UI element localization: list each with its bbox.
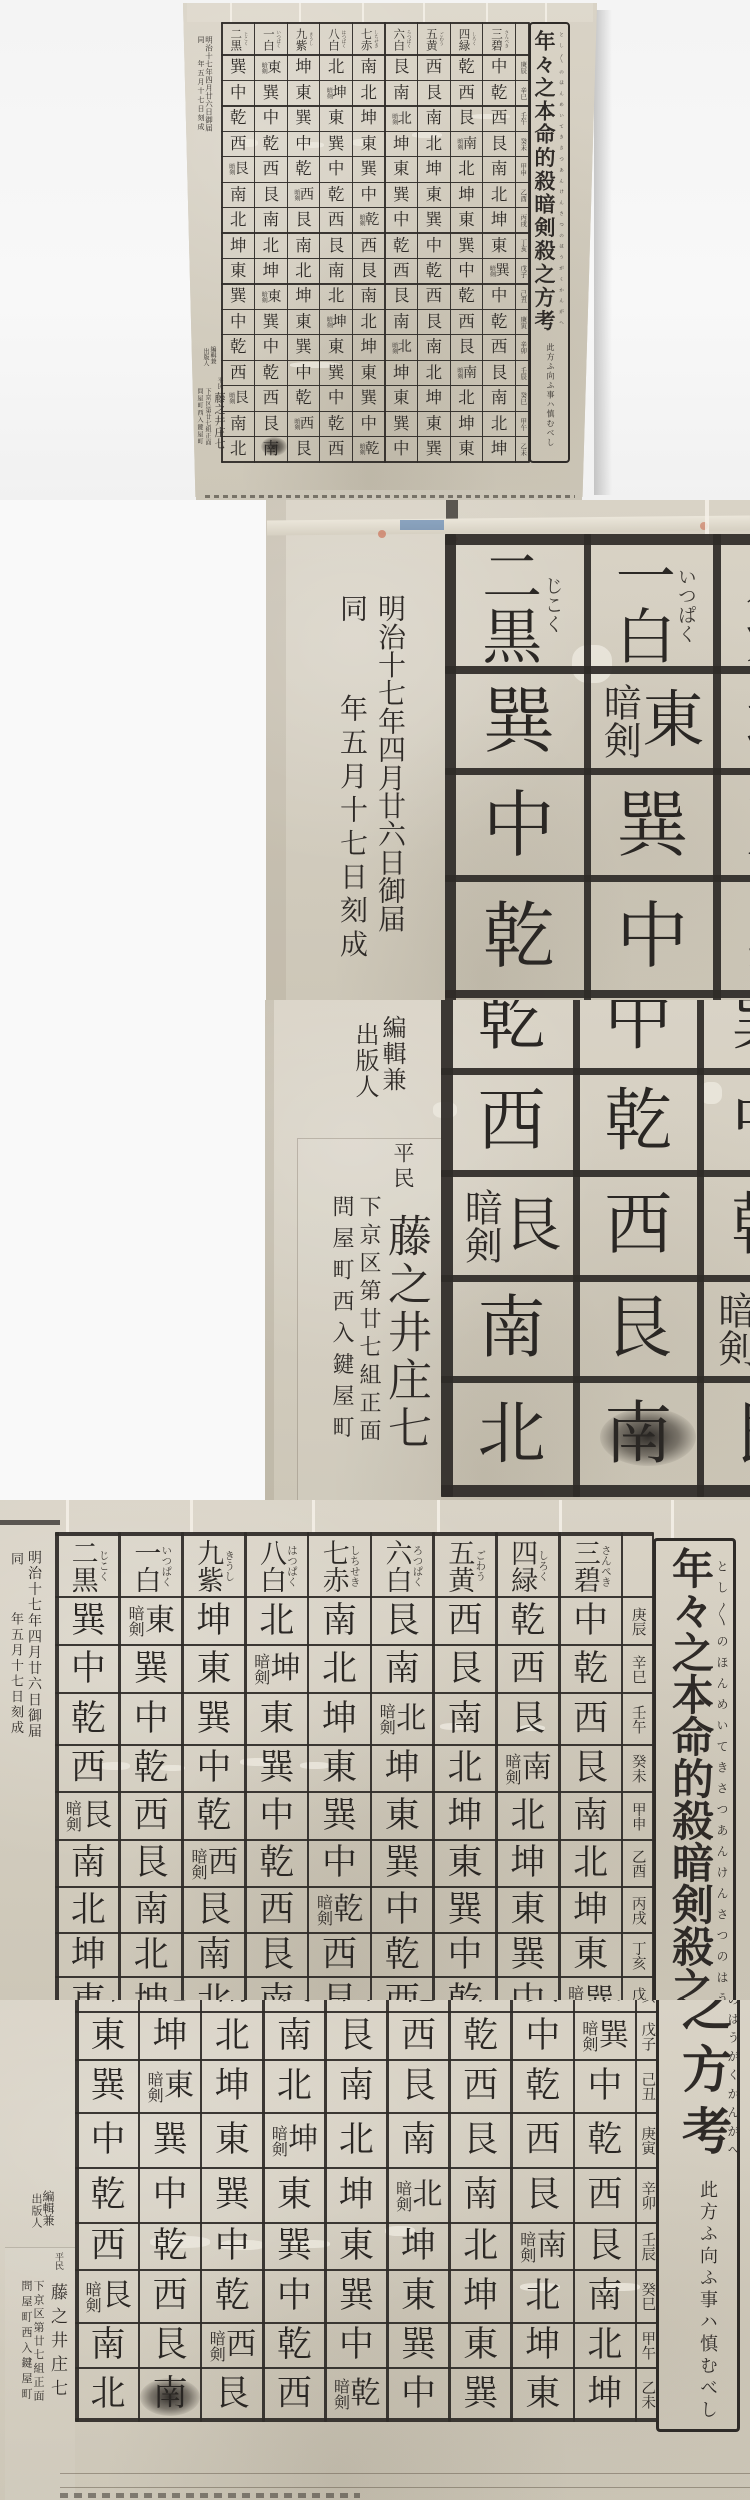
table-cell: 乾: [263, 2323, 325, 2368]
direction-char: 北: [491, 416, 508, 433]
direction-char: 南: [604, 1401, 672, 1469]
table-cell: 中: [139, 2168, 201, 2223]
direction-char: 西: [573, 1702, 608, 1737]
table-cell: 乾: [496, 1597, 559, 1645]
direction-char: 北: [477, 1401, 545, 1469]
table-cell: 巽: [388, 2323, 450, 2368]
table-cell: 巽: [717, 879, 750, 995]
table-cell: 坤: [308, 1693, 371, 1745]
table-cell: 西: [222, 131, 255, 156]
table-cell: 南: [371, 1645, 434, 1693]
year-label: 戊子: [640, 2022, 655, 2051]
direction-char: 巽: [295, 339, 312, 356]
direction-char: 艮: [295, 212, 312, 229]
table-cell: 坤: [512, 2323, 574, 2368]
table-cell: 艮: [201, 2368, 263, 2420]
direction-char: 北: [463, 2229, 498, 2264]
table-cell: 北: [512, 2270, 574, 2323]
star-header: 七赤しちせき: [352, 23, 385, 55]
direction-char: 北: [328, 288, 345, 305]
direction-char: 西: [91, 2229, 126, 2264]
year-label-cell: 庚寅: [515, 309, 529, 334]
table-cell: 東: [222, 259, 255, 284]
direction-char: 乾: [295, 161, 312, 178]
direction-char: 北: [91, 2377, 126, 2412]
direction-char: 南: [230, 416, 247, 433]
direction-char: 西: [426, 59, 443, 76]
direction-char: 巽: [599, 2021, 629, 2051]
star-header: 四緑しろく: [496, 1534, 559, 1597]
direction-char: 巽: [153, 2123, 188, 2158]
table-cell: 乾: [201, 2270, 263, 2323]
table-cell: 中: [287, 131, 320, 156]
photo-sheet-bottom-half: 年々之本命的殺暗剣殺之方考 とし〳〵のほんめいてきさつあんけんさつのはうがくかん…: [0, 2000, 750, 2500]
photo-full-sheet: 年々之本命的殺暗剣殺之方考 とし〳〵のほんめいてきさつあんけんさつのはうがくかん…: [0, 0, 750, 500]
direction-char: 中: [525, 2019, 560, 2054]
table-cell: 東: [245, 1693, 308, 1745]
direction-char: 西: [328, 212, 345, 229]
direction-char: 北: [230, 212, 247, 229]
photo-sheet-top-half: 年々之本命的殺暗剣殺之方考 とし〳〵のほんめいてきさつあんけんさつのはうがくかん…: [0, 1500, 750, 2000]
table-cell: 乾: [385, 233, 418, 258]
table-cell: 南: [325, 2060, 387, 2113]
direction-char: 北: [398, 340, 412, 354]
direction-char: 北: [491, 187, 508, 204]
table-cell: 巽: [183, 1693, 246, 1745]
year-label-cell: 戊子: [515, 259, 529, 284]
table-cell: 艮: [496, 1693, 559, 1745]
table-cell: 乾: [388, 2000, 450, 2012]
direction-char: 巽: [339, 2279, 374, 2314]
direction-char: 南: [463, 137, 477, 151]
star-furigana: じこく: [543, 576, 562, 633]
table-cell-ankensatsu: 暗剣南: [512, 2223, 574, 2270]
direction-char: 北: [215, 2019, 250, 2054]
direction-char: 南: [153, 2377, 188, 2412]
year-label: 乙未: [519, 443, 525, 456]
anken-label: 暗剣: [489, 265, 495, 277]
table-cell: 東: [320, 335, 353, 360]
table-cell: 南: [120, 1887, 183, 1933]
table-cell: 北: [574, 2323, 636, 2368]
star-name: 四緑: [458, 28, 470, 51]
direction-char: 坤: [573, 1893, 608, 1928]
table-cell: 巽: [287, 106, 320, 131]
table-cell-ankensatsu: 暗剣艮: [77, 2270, 139, 2323]
direction-char: 艮: [510, 1702, 545, 1737]
table-cell: 乾: [483, 80, 516, 105]
anken-label: 暗剣: [715, 1291, 750, 1367]
direction-char: 西: [230, 365, 247, 382]
direction-char: 坤: [332, 86, 346, 100]
direction-char: 南: [491, 161, 508, 178]
table-cell: 北: [77, 2368, 139, 2420]
table-cell: 艮: [245, 1933, 308, 1977]
direction-char: 巽: [510, 1938, 545, 1973]
star-header: 二黒じこく: [57, 1534, 120, 1597]
direction-char: 中: [295, 136, 312, 153]
direction-char: 艮: [235, 162, 249, 176]
direction-char: 中: [196, 1751, 231, 1786]
year-label-cell: 壬辰: [636, 2223, 658, 2270]
star-name: 九紫: [739, 545, 750, 665]
anken-label: 暗剣: [260, 62, 266, 74]
table-cell: 艮: [325, 2012, 387, 2060]
table-cell: 東: [201, 2113, 263, 2168]
year-label: 丁亥: [519, 239, 525, 252]
table-cell: 巽: [434, 1887, 497, 1933]
table-cell: 乾: [450, 2012, 512, 2060]
year-label: 乙未: [640, 2380, 655, 2409]
direction-char: 東: [71, 1984, 106, 2001]
table-cell: 中: [418, 233, 451, 258]
direction-table: 二黒じこく一白いつぱく九紫きうし八白はつぱく七赤しちせき六白ろつぱく五黄ごわう四…: [0, 1500, 750, 2000]
direction-char: 南: [91, 2328, 126, 2363]
table-cell: 南: [434, 1693, 497, 1745]
table-cell: 坤: [287, 55, 320, 80]
year-label: 壬午: [519, 112, 525, 125]
table-cell: 東: [352, 360, 385, 385]
table-cell: 坤: [222, 233, 255, 258]
direction-char: 北: [525, 2279, 560, 2314]
star-name: 九紫: [194, 1539, 222, 1593]
table-cell: 乾: [287, 386, 320, 411]
direction-char: 乾: [365, 213, 379, 227]
direction-char: 西: [153, 2279, 188, 2314]
direction-char: 南: [573, 1799, 608, 1834]
direction-char: 東: [491, 238, 508, 255]
anken-label: 暗剣: [316, 1894, 332, 1926]
table-cell: 東: [287, 309, 320, 334]
table-cell: 西: [139, 2270, 201, 2323]
direction-char: 東: [745, 789, 750, 861]
direction-char: 艮: [503, 1196, 561, 1254]
table-cell: 艮: [352, 259, 385, 284]
direction-char: 西: [230, 136, 247, 153]
star-furigana: ろつぱく: [412, 1545, 423, 1587]
table-cell: 西: [388, 2012, 450, 2060]
direction-char: 艮: [448, 1652, 483, 1687]
direction-char: 南: [215, 2000, 250, 2006]
year-label: 辛卯: [519, 341, 525, 354]
year-label-cell: 辛巳: [515, 80, 529, 105]
year-label: 丙戌: [519, 214, 525, 227]
direction-char: 中: [458, 263, 475, 280]
table-cell: 巽: [320, 360, 353, 385]
direction-char: 北: [448, 1751, 483, 1786]
direction-char: 東: [587, 2000, 622, 2006]
direction-char: 坤: [385, 1751, 420, 1786]
year-label-cell: 壬午: [515, 106, 529, 131]
table-cell: 巽: [496, 1933, 559, 1977]
table-cell: 北: [255, 233, 288, 258]
table-cell: 北: [418, 360, 451, 385]
table-cell: 南: [139, 2368, 201, 2420]
direction-char: 南: [196, 1938, 231, 1973]
anken-label: 暗剣: [391, 113, 397, 125]
table-cell: 中: [385, 208, 418, 233]
table-cell: 東: [717, 772, 750, 879]
direction-char: 坤: [288, 2125, 318, 2155]
direction-char: 艮: [215, 2377, 250, 2412]
star-name: 八白: [256, 1539, 284, 1593]
table-cell: 艮: [371, 1597, 434, 1645]
direction-char: 西: [458, 85, 475, 102]
direction-char: 北: [587, 2328, 622, 2363]
anken-label: 暗剣: [326, 316, 332, 328]
table-cell: 東: [483, 233, 516, 258]
table-cell: 中: [222, 80, 255, 105]
direction-char: 東: [215, 2123, 250, 2158]
table-cell: 東: [77, 2012, 139, 2060]
year-label: 庚寅: [640, 2126, 655, 2155]
direction-char: 坤: [587, 2377, 622, 2412]
table-cell: 巽: [450, 670, 588, 772]
direction-char: 南: [339, 2069, 374, 2104]
table-cell: 坤: [418, 157, 451, 182]
table-cell: 北: [450, 157, 483, 182]
star-header: 九紫きうし: [183, 1534, 246, 1597]
direction-char: 艮: [401, 2069, 436, 2104]
direction-char: 東: [145, 1606, 175, 1636]
table-cell: 中: [201, 2223, 263, 2270]
table-cell: 巽: [588, 772, 718, 879]
direction-char: 北: [339, 2123, 374, 2158]
table-cell: 艮: [418, 80, 451, 105]
direction-char: 乾: [458, 288, 475, 305]
anken-label: 暗剣: [270, 2125, 286, 2157]
table-cell: 中: [385, 437, 418, 462]
direction-char: 乾: [463, 2019, 498, 2054]
anken-label: 暗剣: [567, 1985, 583, 2000]
table-cell-ankensatsu: 暗剣艮: [222, 386, 255, 411]
direction-char: 南: [426, 110, 443, 127]
direction-char: 中: [295, 365, 312, 382]
table-cell-ankensatsu: 暗剣西: [287, 411, 320, 436]
table-cell: 南: [77, 2323, 139, 2368]
direction-char: 北: [259, 1604, 294, 1639]
table-cell-ankensatsu: 暗剣南: [450, 360, 483, 385]
direction-char: 中: [401, 2377, 436, 2412]
direction-char: 北: [360, 314, 377, 331]
star-furigana: いつぱく: [275, 30, 280, 48]
star-name: 九紫: [295, 28, 307, 51]
table-cell: 坤: [57, 1933, 120, 1977]
star-header: 一白いつぱく: [588, 539, 718, 670]
direction-char: 西: [339, 2000, 374, 2006]
table-cell-ankensatsu: 暗剣艮: [222, 157, 255, 182]
direction-char: 乾: [333, 1895, 363, 1925]
table-cell-ankensatsu: 暗剣東: [139, 2060, 201, 2113]
table-cell: 東: [450, 2323, 512, 2368]
table-cell: 艮: [434, 1645, 497, 1693]
table-cell: 北: [352, 80, 385, 105]
table-cell: 北: [287, 259, 320, 284]
table-cell: 西: [559, 1693, 622, 1745]
direction-char: 艮: [426, 314, 443, 331]
star-header: 九紫きうし: [717, 539, 750, 670]
direction-char: 巽: [134, 1652, 169, 1687]
table-cell: 西: [447, 1072, 577, 1174]
year-label-cell: 丁亥: [515, 233, 529, 258]
star-header: 六白ろつぱく: [385, 23, 418, 55]
table-cell: 北: [352, 309, 385, 334]
star-name: 一白: [610, 545, 671, 665]
year-label: 癸未: [630, 1754, 645, 1783]
year-label: 甲申: [519, 163, 525, 176]
table-cell: 南: [287, 233, 320, 258]
direction-char: 東: [328, 110, 345, 127]
table-cell: 艮: [559, 1745, 622, 1792]
anken-label: 暗剣: [461, 1188, 499, 1264]
direction-char: 北: [153, 2000, 188, 2006]
direction-char: 南: [322, 1604, 357, 1639]
direction-char: 東: [448, 1846, 483, 1881]
year-label: 戊子: [630, 1987, 645, 2001]
direction-char: 北: [426, 365, 443, 382]
direction-char: 中: [277, 2279, 312, 2314]
table-cell-ankensatsu: 暗剣西: [287, 182, 320, 207]
table-cell-ankensatsu: 暗剣北: [385, 335, 418, 360]
star-name: 二黒: [476, 545, 537, 665]
direction-char: 西: [491, 339, 508, 356]
direction-char: 艮: [458, 110, 475, 127]
table-cell: 乾: [287, 157, 320, 182]
table-cell: 東: [371, 1792, 434, 1840]
table-cell: 艮: [388, 2060, 450, 2113]
table-cell: 東: [287, 80, 320, 105]
star-header: 一白いつぱく: [120, 1534, 183, 1597]
star-name: 二黒: [230, 28, 242, 51]
table-cell: 坤: [201, 2060, 263, 2113]
direction-char: 中: [393, 441, 410, 458]
table-cell: 東: [325, 2223, 387, 2270]
table-cell: 北: [450, 2223, 512, 2270]
direction-char: 中: [360, 416, 377, 433]
table-cell: 中: [222, 309, 255, 334]
direction-char: 艮: [573, 1751, 608, 1786]
table-cell: 北: [418, 131, 451, 156]
table-cell: 中: [700, 1072, 750, 1174]
direction-char: 艮: [360, 263, 377, 280]
direction-table: 坤北南艮西乾中巽東丁亥東坤北南艮西乾中暗剣巽戊子巽暗剣東坤北南艮西乾中己丑中巽東…: [0, 2000, 750, 2500]
anken-label: 暗剣: [332, 2378, 348, 2410]
table-cell: 坤: [559, 1887, 622, 1933]
direction-char: 北: [426, 136, 443, 153]
star-header: 八白はつぱく: [245, 1534, 308, 1597]
year-label-cell: 丁亥: [636, 2000, 658, 2012]
table-cell: 中: [512, 2012, 574, 2060]
star-furigana: しろく: [471, 32, 476, 46]
star-furigana: きうし: [308, 32, 313, 46]
star-header: 三碧さんぺき: [483, 23, 516, 55]
table-cell: 乾: [483, 309, 516, 334]
table-cell: 西: [450, 80, 483, 105]
direction-char: 乾: [259, 1846, 294, 1881]
year-label-cell: 乙酉: [622, 1840, 653, 1887]
direction-char: 北: [277, 2069, 312, 2104]
table-cell: 北: [201, 2012, 263, 2060]
table-cell: 巽: [371, 1840, 434, 1887]
table-cell: 乾: [183, 1792, 246, 1840]
direction-char: 坤: [153, 2019, 188, 2054]
direction-char: 南: [259, 1984, 294, 2001]
direction-char: 南: [393, 85, 410, 102]
table-cell: 西: [574, 2168, 636, 2223]
star-header: 五黄ごわう: [418, 23, 451, 55]
direction-char: 中: [573, 1604, 608, 1639]
table-cell: 艮: [287, 208, 320, 233]
table-cell: 中: [77, 2113, 139, 2168]
table-cell: 巽: [222, 284, 255, 309]
direction-char: 南: [463, 366, 477, 380]
year-label-cell: 乙未: [515, 437, 529, 462]
direction-char: 中: [426, 238, 443, 255]
table-cell: 西: [325, 2000, 387, 2012]
direction-char: 乾: [365, 442, 379, 456]
year-label: 甲申: [630, 1802, 645, 1831]
direction-char: 中: [360, 187, 377, 204]
table-cell: 艮: [450, 2113, 512, 2168]
table-cell: 中: [574, 2060, 636, 2113]
table-cell: 巽: [308, 1792, 371, 1840]
direction-char: 巽: [259, 1751, 294, 1786]
direction-char: 東: [525, 2377, 560, 2412]
table-cell: 坤: [183, 1597, 246, 1645]
anken-label: 暗剣: [519, 2231, 535, 2263]
table-cell-ankensatsu: 暗剣乾: [325, 2368, 387, 2420]
direction-char: 西: [385, 1984, 420, 2001]
year-label: 癸巳: [519, 392, 525, 405]
direction-char: 坤: [134, 1984, 169, 2001]
direction-char: 東: [267, 290, 281, 304]
direction-char: 北: [295, 263, 312, 280]
table-cell: 南: [255, 208, 288, 233]
table-cell: 坤: [483, 208, 516, 233]
direction-char: 中: [339, 2328, 374, 2363]
year-label: 辛巳: [519, 87, 525, 100]
direction-char: 西: [300, 188, 314, 202]
table-cell: 北: [483, 411, 516, 436]
year-label-cell: 甲申: [515, 157, 529, 182]
table-cell-ankensatsu: 暗剣乾: [308, 1887, 371, 1933]
star-furigana: じこく: [243, 32, 248, 46]
table-cell-ankensatsu: 暗剣東: [255, 55, 288, 80]
anken-label: 暗剣: [253, 1653, 269, 1685]
table-cell: 巽: [255, 309, 288, 334]
table-cell: 北: [222, 208, 255, 233]
table-cell: 西: [320, 208, 353, 233]
direction-char: 北: [458, 390, 475, 407]
direction-char: 南: [393, 314, 410, 331]
table-cell: 西: [320, 437, 353, 462]
table-cell: 艮: [512, 2168, 574, 2223]
direction-char: 南: [587, 2279, 622, 2314]
direction-char: 艮: [328, 238, 345, 255]
direction-char: 艮: [102, 2281, 132, 2311]
table-cell: 南: [245, 1977, 308, 2000]
direction-char: 坤: [393, 365, 410, 382]
direction-char: 東: [360, 136, 377, 153]
direction-char: 南: [448, 1702, 483, 1737]
direction-char: 中: [230, 314, 247, 331]
table-cell: 乾: [450, 284, 483, 309]
table-cell: 南: [222, 182, 255, 207]
anken-label: 暗剣: [504, 1753, 520, 1785]
direction-char: 中: [448, 1938, 483, 1973]
direction-char: 巽: [616, 789, 688, 861]
year-label-cell: 丙戌: [622, 1887, 653, 1933]
